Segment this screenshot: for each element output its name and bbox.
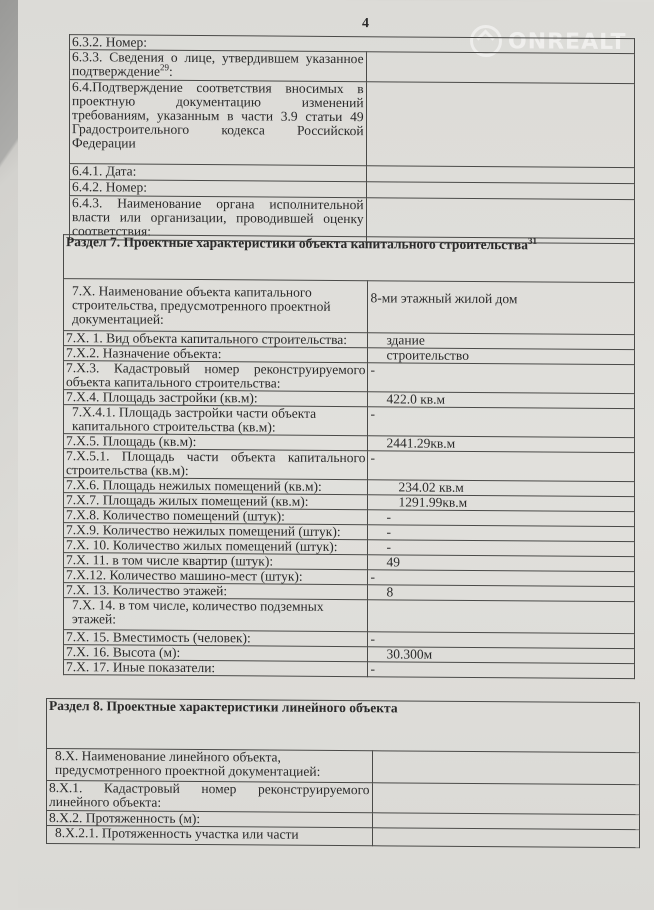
row-value <box>366 166 634 184</box>
row-label: 8.Х.1. Кадастровый номер реконструируемо… <box>47 780 373 812</box>
row-label: 6.3.3. Сведения о лице, утвердившем указ… <box>70 50 367 82</box>
table-row: 7.Х.3. Кадастровый номер реконструируемо… <box>64 361 635 394</box>
section-title-text: Раздел 7. Проектные характеристики объек… <box>66 234 528 252</box>
section-8-table: Раздел 8. Проектные характеристики линей… <box>46 698 640 848</box>
row-value <box>372 751 639 785</box>
section-6-table: 6.3.2. Номер: 6.3.3. Сведения о лице, ут… <box>69 34 635 244</box>
footnote-ref: 31 <box>528 236 537 246</box>
row-value: 8-ми этажный жилой дом <box>368 281 635 335</box>
row-value <box>368 600 635 634</box>
table-row: 7.Х.4.1. Площадь застройки части объекта… <box>64 405 635 438</box>
table-row: 8.Х. Наименование линейного объекта, пре… <box>47 748 640 784</box>
row-value <box>372 828 639 848</box>
row-label: 7.Х. Наименование объекта капитального с… <box>64 279 368 333</box>
row-value: - <box>368 451 635 482</box>
table-row: 8.Х.2.1. Протяженность участка или части <box>47 825 640 847</box>
table-row: 8.Х.1. Кадастровый номер реконструируемо… <box>47 780 640 814</box>
row-value: - <box>368 407 635 438</box>
section-7-table: Раздел 7. Проектные характеристики объек… <box>63 234 635 679</box>
row-label: 6.4.Подтверждение соответствия вносимых … <box>70 80 367 166</box>
table-row: 6.4.Подтверждение соответствия вносимых … <box>70 80 635 168</box>
section-title: Раздел 7. Проектные характеристики объек… <box>64 235 635 283</box>
row-label: 8.Х.2.1. Протяженность участка или части <box>47 825 373 845</box>
section-7-header: Раздел 7. Проектные характеристики объек… <box>64 235 635 283</box>
row-value <box>366 82 634 168</box>
row-label-text: 6.3.3. Сведения о лице, утвердившем указ… <box>72 49 364 79</box>
row-value: - <box>368 363 635 394</box>
row-label: 7.Х.4.1. Площадь застройки части объекта… <box>64 405 368 436</box>
table-row: 7.Х. Наименование объекта капитального с… <box>64 279 635 335</box>
row-value: строительство <box>368 348 635 365</box>
row-value: 30.300м <box>368 647 635 664</box>
row-label: 7.Х. 14. в том числе, количество подземн… <box>64 598 368 632</box>
table-row: 6.3.3. Сведения о лице, утвердившем указ… <box>70 50 635 84</box>
table-row: 7.Х.5.1. Площадь части объекта капитальн… <box>64 449 635 482</box>
row-label: 7.Х. 17. Иные показатели: <box>64 660 368 677</box>
table-row: 7.Х. 17. Иные показатели:- <box>64 660 635 679</box>
row-value <box>366 182 634 200</box>
row-label: 7.Х.5.1. Площадь части объекта капитальн… <box>64 449 368 480</box>
row-label: 7.Х.3. Кадастровый номер реконструируемо… <box>64 361 368 392</box>
row-label-end: : <box>169 64 173 79</box>
section-title: Раздел 8. Проектные характеристики линей… <box>47 698 640 752</box>
row-value: 422.0 кв.м <box>368 392 635 409</box>
table-row: 7.Х. 14. в том числе, количество подземн… <box>64 598 635 634</box>
row-value <box>366 52 634 84</box>
row-value <box>372 783 639 815</box>
row-value: - <box>368 662 635 679</box>
row-value: 1291.99кв.м <box>368 495 635 512</box>
document-page: 4 ONREALT 6.3.2. Номер: 6.3.3. Сведения … <box>18 0 654 910</box>
section-8-header: Раздел 8. Проектные характеристики линей… <box>47 698 640 752</box>
page-number: 4 <box>362 16 369 32</box>
row-label: 8.Х. Наименование линейного объекта, пре… <box>47 748 373 782</box>
row-value: 2441.29кв.м <box>368 436 635 453</box>
footnote-ref: 29 <box>160 62 169 72</box>
